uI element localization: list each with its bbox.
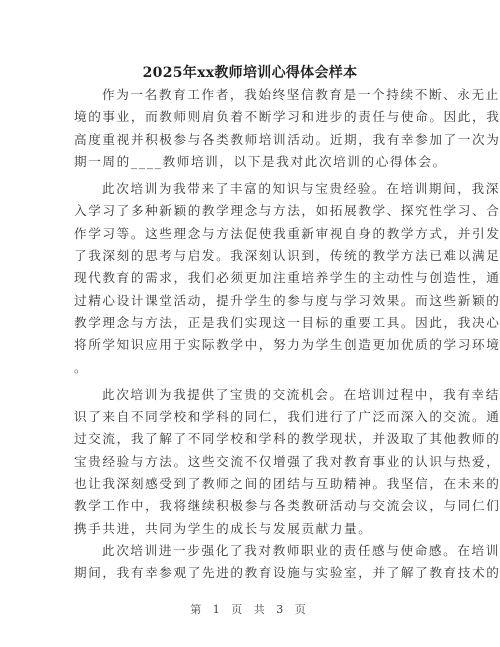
text-line: 将所学知识应用于实际教学中，努力为学生创造更加优质的学习环境 — [74, 334, 420, 356]
text-line: 高度重视并积极参与各类教师培训活动。近期，我有幸参加了一次为 — [74, 129, 420, 151]
text-line: 此次培训为我带来了丰富的知识与宝贵经验。在培训期间，我深 — [74, 178, 420, 200]
document-title: 2025年xx教师培训心得体会样本 — [0, 62, 500, 82]
paragraph-1: 作为一名教育工作者，我始终坚信教育是一个持续不断、永无止 境的事业，而教师则肩负… — [74, 84, 420, 173]
text-line: 携手共进，共同为学生的成长与发展贡献力量。 — [74, 518, 420, 540]
text-line: 期一周的____教师培训，以下是我对此次培训的心得体会。 — [74, 151, 420, 173]
text-line: 也让我深刻感受到了教师之间的团结与互助精神。我坚信，在未来的 — [74, 473, 420, 495]
text-line: 教学理念与方法，正是我们实现这一目标的重要工具。因此，我决心 — [74, 312, 420, 334]
text-line: 教学工作中，我将继续积极参与各类教研活动与交流会议，与同仁们 — [74, 495, 420, 517]
text-line: 入学习了多种新颖的教学理念与方法，如拓展教学、探究性学习、合 — [74, 200, 420, 222]
text-line: 此次培训为我提供了宝贵的交流机会。在培训过程中，我有幸结 — [74, 384, 420, 406]
text-line: 作为一名教育工作者，我始终坚信教育是一个持续不断、永无止 — [74, 84, 420, 106]
paragraph-3: 此次培训为我提供了宝贵的交流机会。在培训过程中，我有幸结 识了来自不同学校和学科… — [74, 384, 420, 540]
text-line: 过交流，我了解了不同学校和学科的教学现状，并汲取了其他教师的 — [74, 428, 420, 450]
text-line: 作学习等。这些理念与方法促使我重新审视自身的教学方式，并引发 — [74, 223, 420, 245]
page-number-footer: 第 1 页 共 3 页 — [0, 601, 500, 617]
document-body: 作为一名教育工作者，我始终坚信教育是一个持续不断、永无止 境的事业，而教师则肩负… — [74, 84, 420, 585]
paragraph-2: 此次培训为我带来了丰富的知识与宝贵经验。在培训期间，我深 入学习了多种新颖的教学… — [74, 178, 420, 379]
document-page: 2025年xx教师培训心得体会样本 作为一名教育工作者，我始终坚信教育是一个持续… — [0, 0, 500, 647]
text-line: 境的事业，而教师则肩负着不断学习和进步的责任与使命。因此，我 — [74, 106, 420, 128]
paragraph-4: 此次培训进一步强化了我对教师职业的责任感与使命感。在培训 期间，我有幸参观了先进… — [74, 540, 420, 585]
text-line: 了我深刻的思考与启发。我深刻认识到，传统的教学方法已难以满足 — [74, 245, 420, 267]
text-line: 期间，我有幸参观了先进的教育设施与实验室，并了解了教育技术的 — [74, 562, 420, 584]
text-line: 此次培训进一步强化了我对教师职业的责任感与使命感。在培训 — [74, 540, 420, 562]
text-line: 过精心设计课堂活动，提升学生的参与度与学习效果。而这些新颖的 — [74, 290, 420, 312]
text-line: 识了来自不同学校和学科的同仁，我们进行了广泛而深入的交流。通 — [74, 406, 420, 428]
text-line: 。 — [74, 357, 420, 379]
text-line: 现代教育的需求，我们必须更加注重培养学生的主动性与创造性，通 — [74, 267, 420, 289]
text-line: 宝贵经验与方法。这些交流不仅增强了我对教育事业的认识与热爱， — [74, 451, 420, 473]
